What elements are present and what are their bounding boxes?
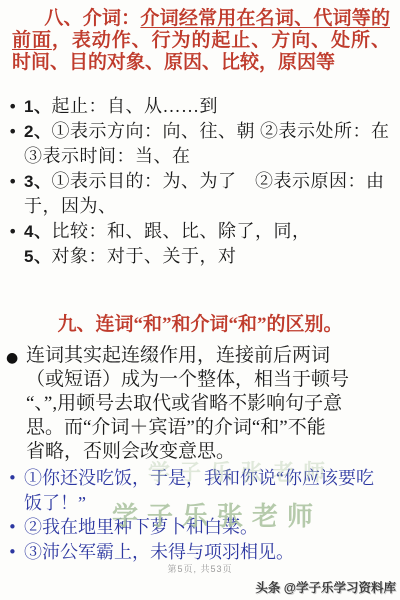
conjunction-paragraph: ● 连词其实起连缀作用，连接前后两词 （或短语）成为一个整体，相当于顿号 “、”… [0, 344, 394, 464]
example-text: ②我在地里种下萝卜和白菜。 [24, 515, 400, 540]
item-number: 5、 [24, 247, 51, 266]
list-item: • 4、比较：和、跟、比、除了，同， 5、对象：对于、关于，对 [0, 219, 396, 269]
section9-heading: 九、连词“和”和介词“和”的区别。 [0, 313, 400, 336]
example-text: ①你还没吃饭，于是，我和你说“你应该要吃 饭了！” [24, 466, 400, 515]
bullet-icon: ● [6, 346, 18, 370]
bullet-icon: • [8, 466, 17, 490]
bullet-icon: • [8, 169, 18, 194]
list-line: 3、①表示目的：为、为了 ②表示原因：由 [24, 169, 396, 194]
example-item: • ②我在地里种下萝卜和白菜。 [0, 515, 400, 540]
item-text: 比较：和、跟、比、除了，同， [51, 221, 310, 241]
credit-watermark: 头条 @学子乐学习资料库 [255, 578, 396, 596]
item-number: 4、 [24, 222, 51, 241]
document-page: 八、介词：介词经常用在名词、代词等的前面，表动作、行为的起止、方向、处所、时间、… [0, 0, 400, 600]
list-line: 于，因为、 [24, 194, 396, 219]
item-text: 起止：自、从……到 [51, 96, 218, 116]
bullet-icon: • [8, 515, 17, 539]
bullet-icon: • [8, 119, 18, 144]
list-item: • 2、①表示方向：向、往、朝 ②表示处所：在 ③表示时间：当、在 [0, 119, 396, 169]
list-item: • 1、起止：自、从……到 [0, 94, 396, 119]
item-number: 3、 [24, 172, 51, 191]
paragraph-text: 连词其实起连缀作用，连接前后两词 （或短语）成为一个整体，相当于顿号 “、”,用… [26, 344, 394, 464]
list-line: 1、起止：自、从……到 [24, 94, 396, 119]
list-line: ③表示时间：当、在 [24, 144, 396, 169]
list-line: 2、①表示方向：向、往、朝 ②表示处所：在 [24, 119, 396, 144]
bullet-icon: • [8, 94, 18, 119]
list-line: 5、对象：对于、关于，对 [24, 244, 396, 269]
page: { "colors": { "heading_red": "#bf3b2c", … [0, 0, 400, 600]
list-line: 4、比较：和、跟、比、除了，同， [24, 219, 396, 244]
item-text: 于，因为、 [24, 196, 117, 216]
item-text: ①表示目的：为、为了 ②表示原因：由 [51, 171, 384, 191]
example-list: • ①你还没吃饭，于是，我和你说“你应该要吃 饭了！” • ②我在地里种下萝卜和… [0, 466, 400, 564]
section8-heading-rest: ，表动作、行为的起止、方向、处所、时间、目的对象、原因、比较，原因等 [12, 30, 390, 73]
item-text: 对象：对于、关于，对 [51, 246, 236, 266]
preposition-list: • 1、起止：自、从……到 • 2、①表示方向：向、往、朝 ②表示处所：在 ③表… [0, 94, 400, 269]
example-text: ③沛公军霸上，未得与项羽相见。 [24, 540, 400, 565]
list-item: • 3、①表示目的：为、为了 ②表示原因：由 于，因为、 [0, 169, 396, 219]
item-text: ①表示方向：向、往、朝 ②表示处所：在 [51, 121, 389, 141]
example-item: • ①你还没吃饭，于是，我和你说“你应该要吃 饭了！” [0, 466, 400, 515]
item-number: 1、 [24, 97, 51, 116]
section8-heading: 八、介词：介词经常用在名词、代词等的前面，表动作、行为的起止、方向、处所、时间、… [12, 8, 390, 74]
page-number: 第5页, 共53页 [0, 562, 400, 575]
item-number: 2、 [24, 122, 51, 141]
item-text: ③表示时间：当、在 [24, 146, 191, 166]
section8-heading-prefix: 八、介词： [44, 8, 140, 29]
bullet-icon: • [8, 219, 18, 244]
example-item: • ③沛公军霸上，未得与项羽相见。 [0, 540, 400, 565]
bullet-icon: • [8, 540, 17, 564]
